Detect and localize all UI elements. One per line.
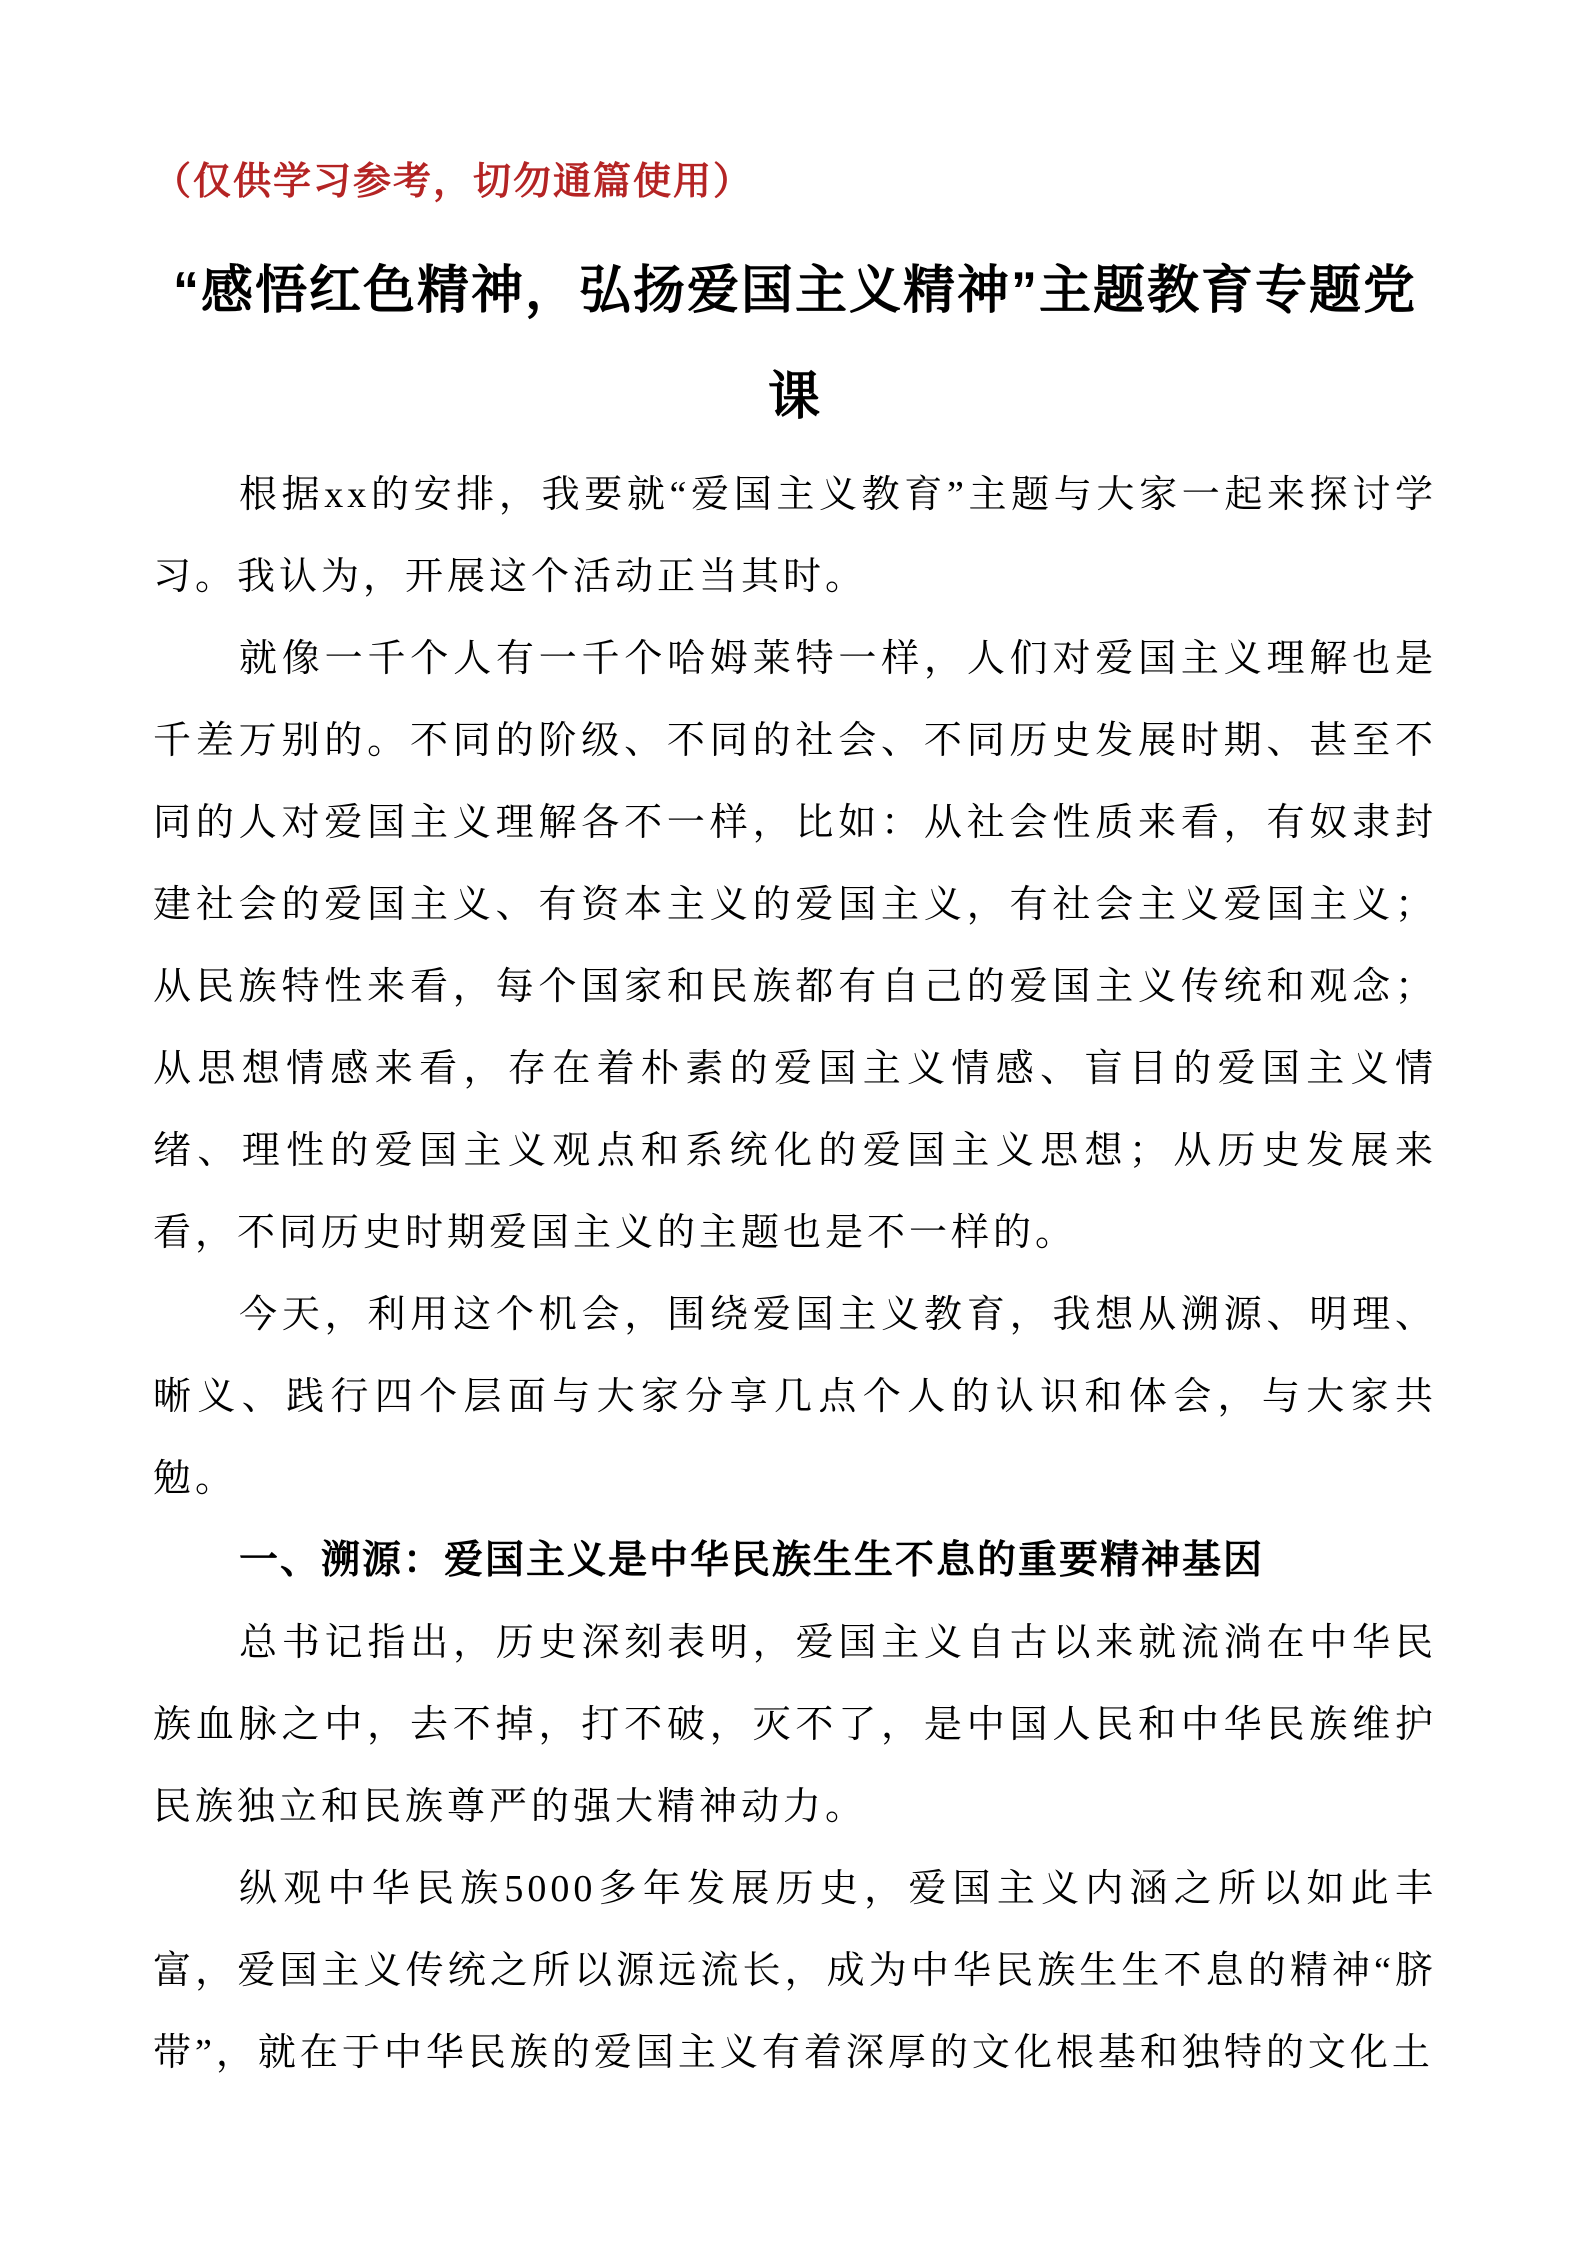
section-heading-one-suyuan: 一、溯源：爱国主义是中华民族生生不息的重要精神基因 — [153, 1520, 1437, 1602]
paragraph-four-aspects: 今天，利用这个机会，围绕爱国主义教育，我想从溯源、明理、晰义、践行四个层面与大家… — [153, 1274, 1437, 1520]
paragraph-intro: 根据xx的安排，我要就“爱国主义教育”主题与大家一起来探讨学习。我认为，开展这个… — [153, 454, 1437, 618]
document-title: “感悟红色精神，弘扬爱国主义精神”主题教育专题党课 — [153, 238, 1437, 450]
paragraph-5000-years-history: 纵观中华民族5000多年发展历史，爱国主义内涵之所以如此丰富，爱国主义传统之所以… — [153, 1848, 1437, 2094]
document-body: 根据xx的安排，我要就“爱国主义教育”主题与大家一起来探讨学习。我认为，开展这个… — [153, 454, 1437, 2094]
paragraph-patriotism-views: 就像一千个人有一千个哈姆莱特一样，人们对爱国主义理解也是千差万别的。不同的阶级、… — [153, 618, 1437, 1274]
document-page: （仅供学习参考，切勿通篇使用） “感悟红色精神，弘扬爱国主义精神”主题教育专题党… — [0, 0, 1587, 2245]
usage-disclaimer-note: （仅供学习参考，切勿通篇使用） — [153, 160, 1437, 204]
paragraph-general-secretary-quote: 总书记指出，历史深刻表明，爱国主义自古以来就流淌在中华民族血脉之中，去不掉，打不… — [153, 1602, 1437, 1848]
